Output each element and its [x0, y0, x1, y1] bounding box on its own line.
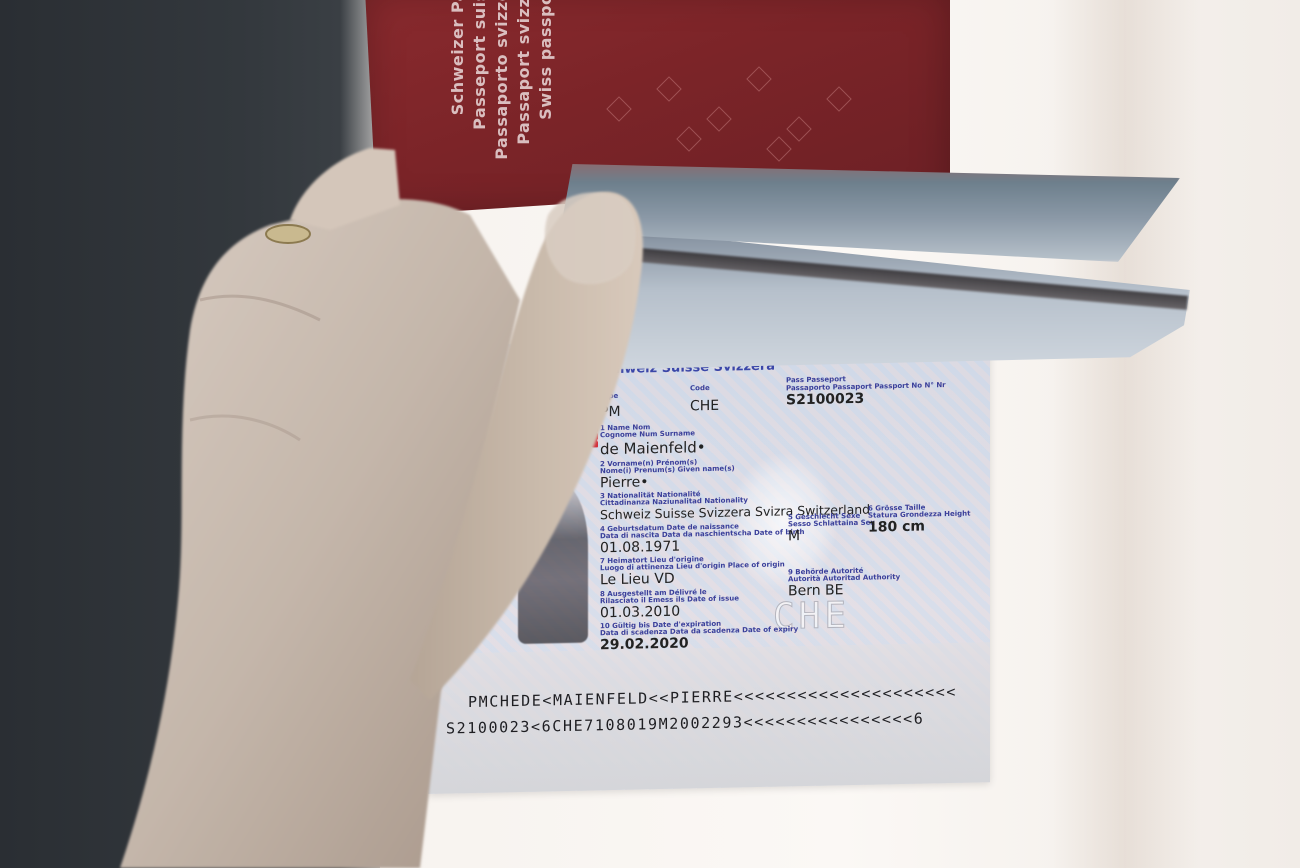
birth-date-value: 01.08.1971 [600, 539, 680, 557]
issue-date-value: 01.03.2010 [600, 604, 680, 622]
surname-value: de Maienfeld• [600, 438, 706, 458]
origin-value: Le Lieu VD [600, 571, 675, 589]
holder-photo [518, 483, 588, 644]
expiry-date-value: 29.02.2020 [600, 635, 689, 653]
cover-title-it: Passaporto svizzero [492, 0, 511, 160]
passport-no-value: S2100023 [786, 391, 864, 409]
authority-label-2: Autorità Autoritad Authority [788, 573, 900, 583]
swiss-flag-pattern [563, 372, 598, 448]
code-label: Code [690, 384, 710, 392]
type-value: PM [600, 404, 621, 420]
passport-data-page: CHE Schweiz Suisse Svizzera Type PM Code… [428, 334, 990, 794]
cover-titles: Schweizer Pass Passeport suisse Passapor… [440, 0, 560, 170]
given-names-value: Pierre• [600, 474, 648, 491]
cover-title-rm: Passaport svizzer [514, 0, 533, 145]
type-label: Type [600, 392, 618, 400]
swiss-cross-emboss-pattern [600, 40, 860, 160]
cover-title-de: Schweizer Pass [448, 0, 467, 115]
authority-value: Bern BE [788, 582, 844, 599]
sex-value: M [788, 528, 800, 544]
dark-wall [0, 0, 400, 868]
cover-title-en: Swiss passport [536, 0, 555, 120]
code-value: CHE [690, 398, 719, 415]
cover-title-fr: Passeport suisse [470, 0, 489, 130]
blurred-window-frame [1050, 0, 1200, 868]
height-value: 180 cm [868, 518, 925, 535]
